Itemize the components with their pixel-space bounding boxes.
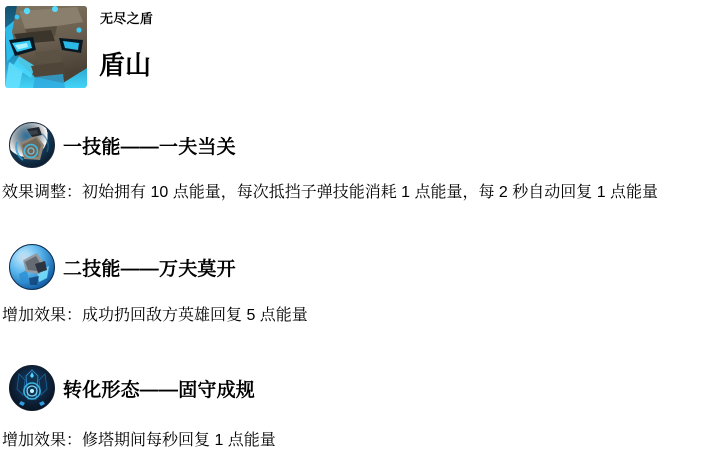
skill-3-desc: 增加效果：修塔期间每秒回复 1 点能量	[2, 432, 700, 450]
skill-2-desc: 增加效果：成功扔回敌方英雄回复 5 点能量	[2, 307, 700, 325]
skill-3-title: 转化形态——固守成规	[63, 375, 255, 402]
skill-1-orb-icon	[9, 122, 55, 168]
patch-notes-page: 无尽之盾 盾山 一技能——一夫当关 效果调整：初始拥有 10 点能	[0, 0, 702, 459]
skill-1-desc: 效果调整：初始拥有 10 点能量，每次抵挡子弹技能消耗 1 点能量，每 2 秒自…	[2, 184, 700, 202]
skill-1-title: 一技能——一夫当关	[63, 132, 236, 159]
skill-3-orb-icon	[9, 365, 55, 411]
hero-subtitle: 无尽之盾	[100, 11, 153, 27]
skill-1-header: 一技能——一夫当关	[9, 122, 689, 168]
hero-name: 盾山	[99, 50, 151, 80]
hero-avatar-icon	[5, 6, 87, 88]
skill-3-header: 转化形态——固守成规	[9, 365, 689, 411]
skill-2-title: 二技能——万夫莫开	[63, 254, 236, 281]
skill-2-orb-icon	[9, 244, 55, 290]
skill-2-header: 二技能——万夫莫开	[9, 244, 689, 290]
